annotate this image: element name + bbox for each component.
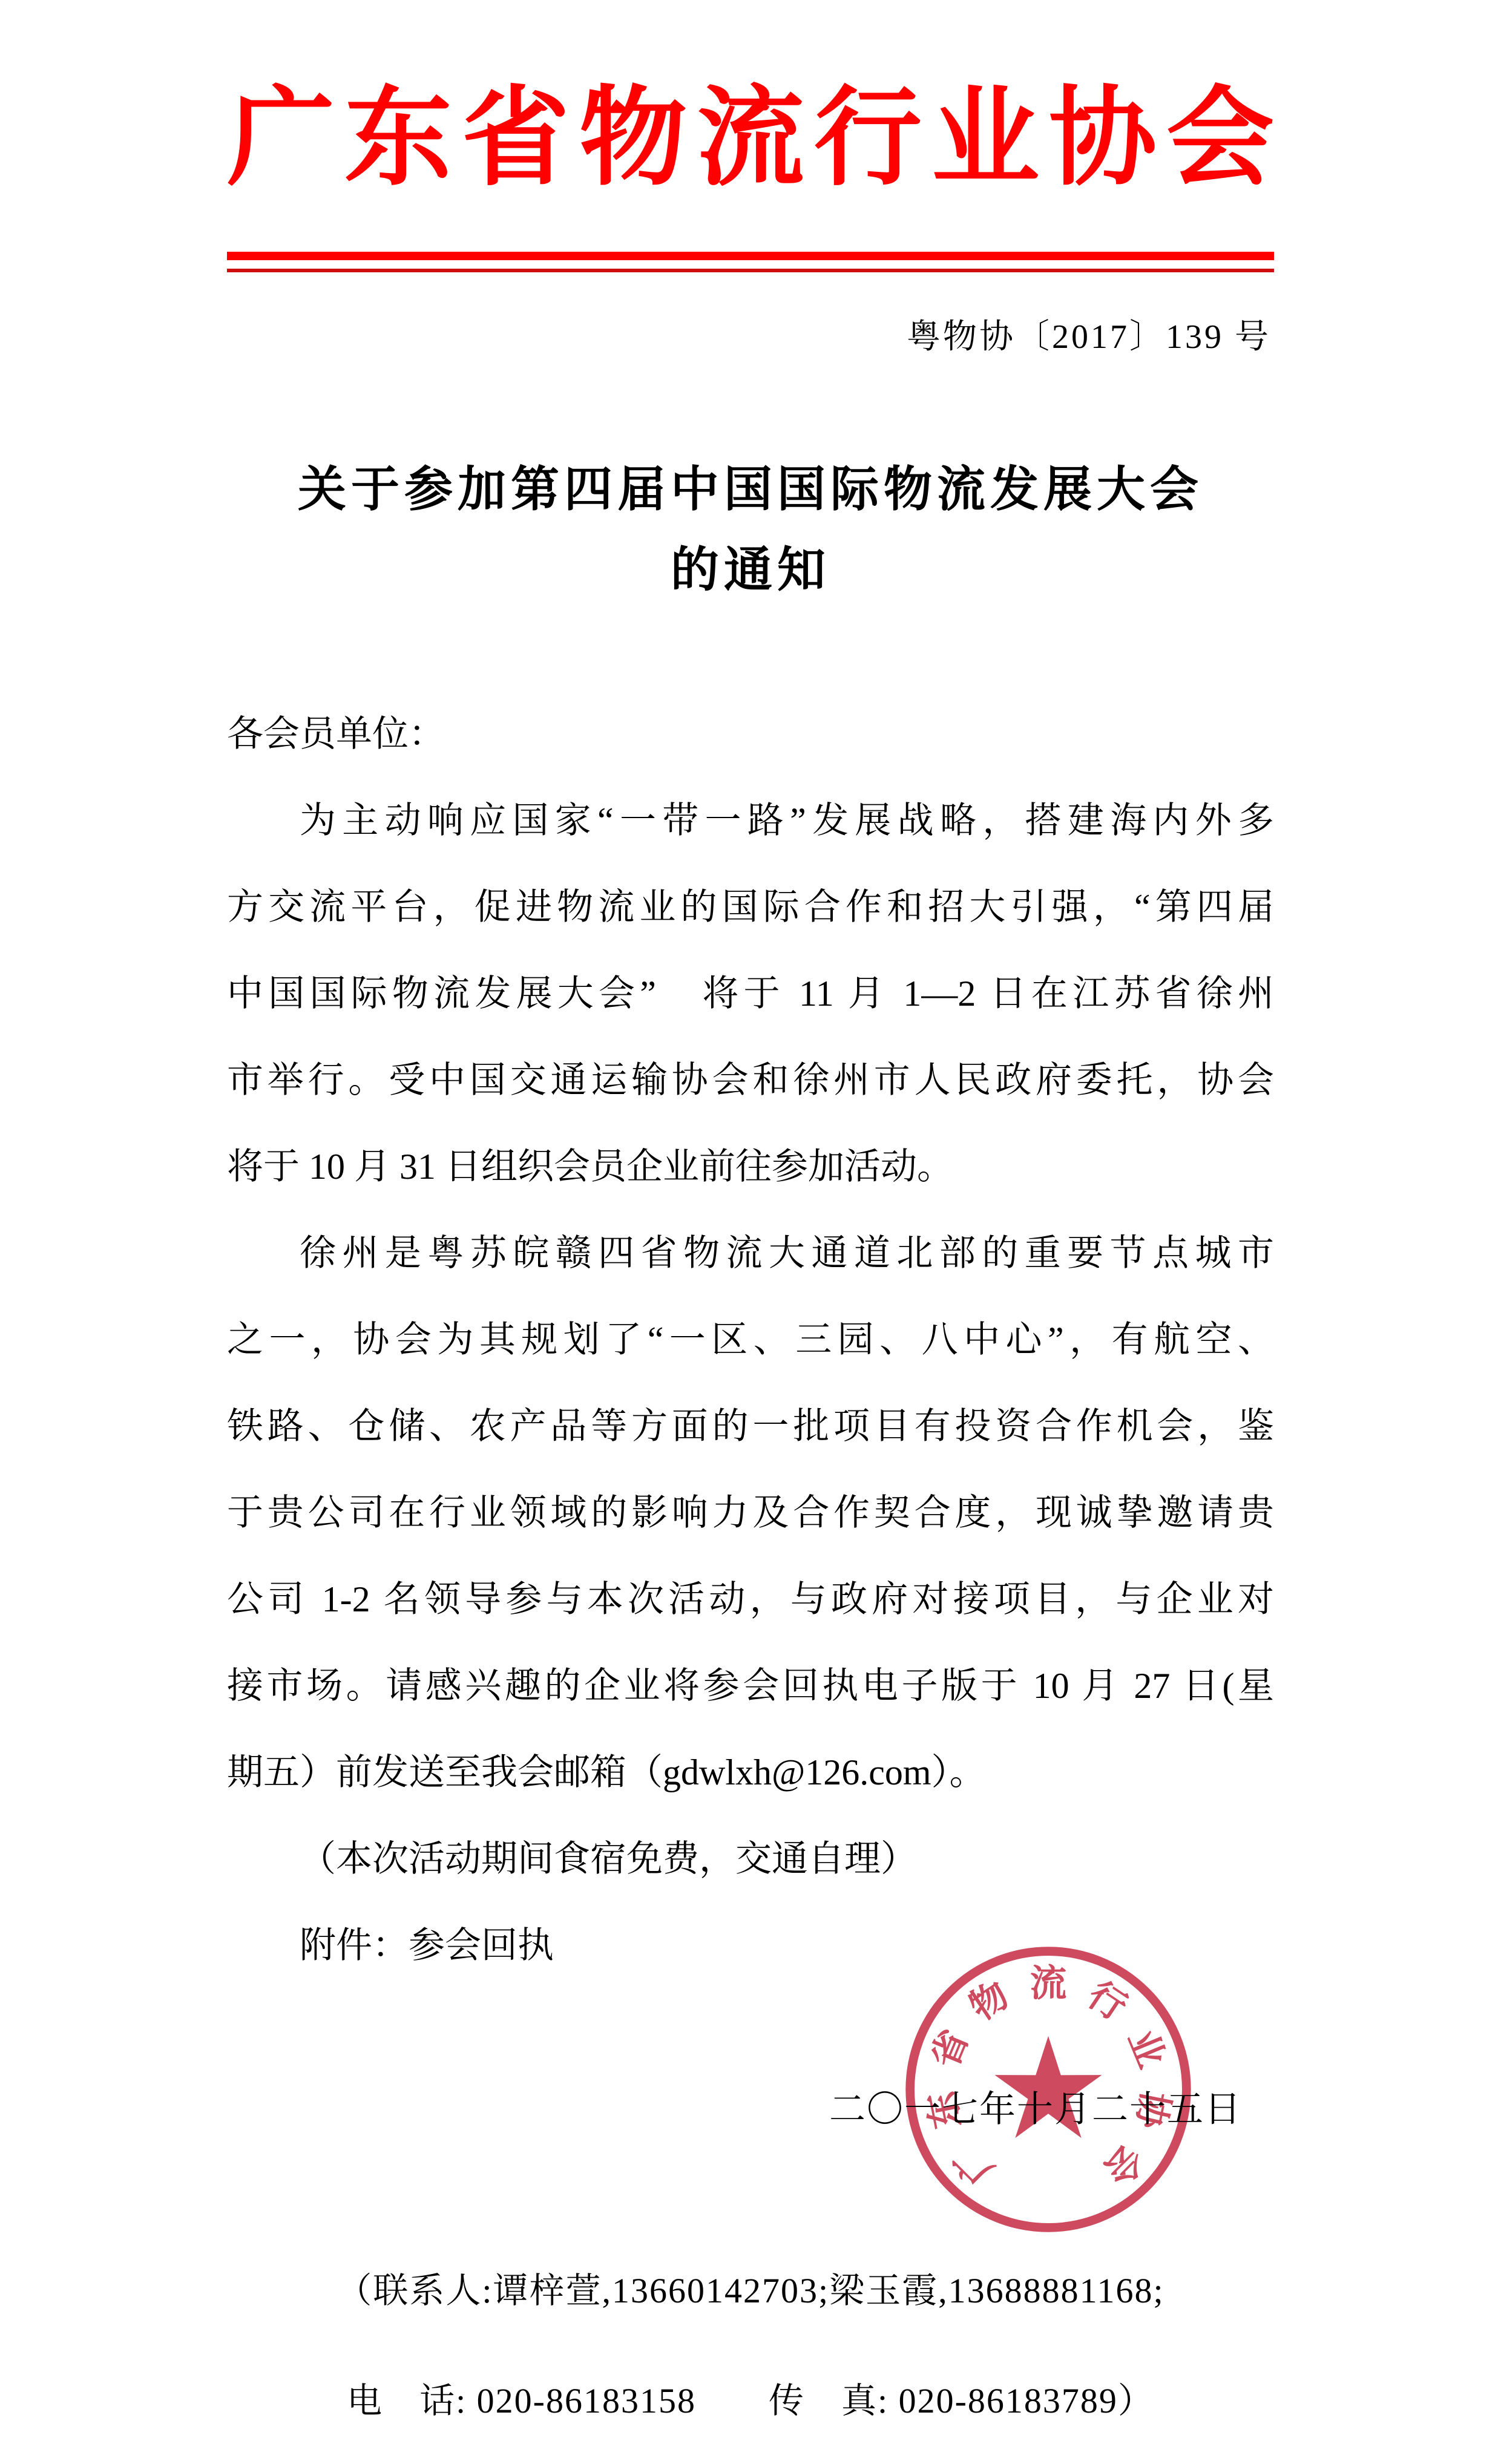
- contacts: （联系人:谭梓萱,13660142703;梁玉霞,13688881168; 电 …: [227, 2236, 1274, 2456]
- svg-text:业: 业: [1120, 2024, 1172, 2074]
- issue-date: 二〇一七年十月二十五日: [829, 2080, 1242, 2132]
- body-line: 接市场。请感兴趣的企业将参会回执电子版于 10 月 27 日(星: [227, 1643, 1274, 1729]
- notice-title: 关于参加第四届中国国际物流发展大会 的通知: [0, 449, 1501, 610]
- header-rule-thin: [227, 269, 1274, 272]
- body-line: 为主动响应国家“一带一路”发展战略，搭建海内外多: [227, 778, 1274, 864]
- contact-line-1: （联系人:谭梓萱,13660142703;梁玉霞,13688881168;: [227, 2236, 1274, 2346]
- notice-title-line-1: 关于参加第四届中国国际物流发展大会: [0, 449, 1501, 529]
- salutation: 各会员单位：: [227, 691, 1274, 778]
- body-line: 之一，协会为其规划了“一区、三园、八中心”，有航空、: [227, 1297, 1274, 1383]
- page: 广东省物流行业协会 粤物协〔2017〕139 号 关于参加第四届中国国际物流发展…: [0, 0, 1501, 2464]
- notice-title-line-2: 的通知: [0, 529, 1501, 610]
- body-line: 将于 10 月 31 日组织会员企业前往参加活动。: [227, 1124, 1274, 1210]
- svg-text:广: 广: [946, 2137, 1000, 2191]
- contact-line-2: 电 话: 020-86183158 传 真: 020-86183789）: [227, 2346, 1274, 2456]
- org-name: 广东省物流行业协会: [227, 71, 1274, 206]
- body-line: 方交流平台，促进物流业的国际合作和招大引强，“第四届: [227, 864, 1274, 951]
- body-line: 中国国际物流发展大会” 将于 11 月 1—2 日在江苏省徐州: [227, 951, 1274, 1037]
- notice-body: 各会员单位： 为主动响应国家“一带一路”发展战略，搭建海内外多 方交流平台，促进…: [227, 691, 1274, 1989]
- svg-text:会: 会: [1095, 2137, 1150, 2191]
- body-line: 公司 1-2 名领导参与本次活动，与政府对接项目，与企业对: [227, 1556, 1274, 1643]
- body-line: 期五）前发送至我会邮箱（gdwlxh@126.com）。: [227, 1729, 1274, 1816]
- attachment-note: 附件：参会回执: [227, 1902, 1274, 1989]
- body-line: 市举行。受中国交通运输协会和徐州市人民政府委托，协会: [227, 1037, 1274, 1124]
- header-rule-thick: [227, 252, 1274, 260]
- body-line: 徐州是粤苏皖赣四省物流大通道北部的重要节点城市: [227, 1210, 1274, 1297]
- body-line: 铁路、仓储、农产品等方面的一批项目有投资合作机会，鉴: [227, 1383, 1274, 1470]
- body-line: 于贵公司在行业领域的影响力及合作契合度，现诚挚邀请贵: [227, 1470, 1274, 1556]
- doc-number: 粤物协〔2017〕139 号: [907, 310, 1271, 358]
- body-line: （本次活动期间食宿免费，交通自理）: [227, 1816, 1274, 1902]
- svg-text:省: 省: [925, 2024, 976, 2074]
